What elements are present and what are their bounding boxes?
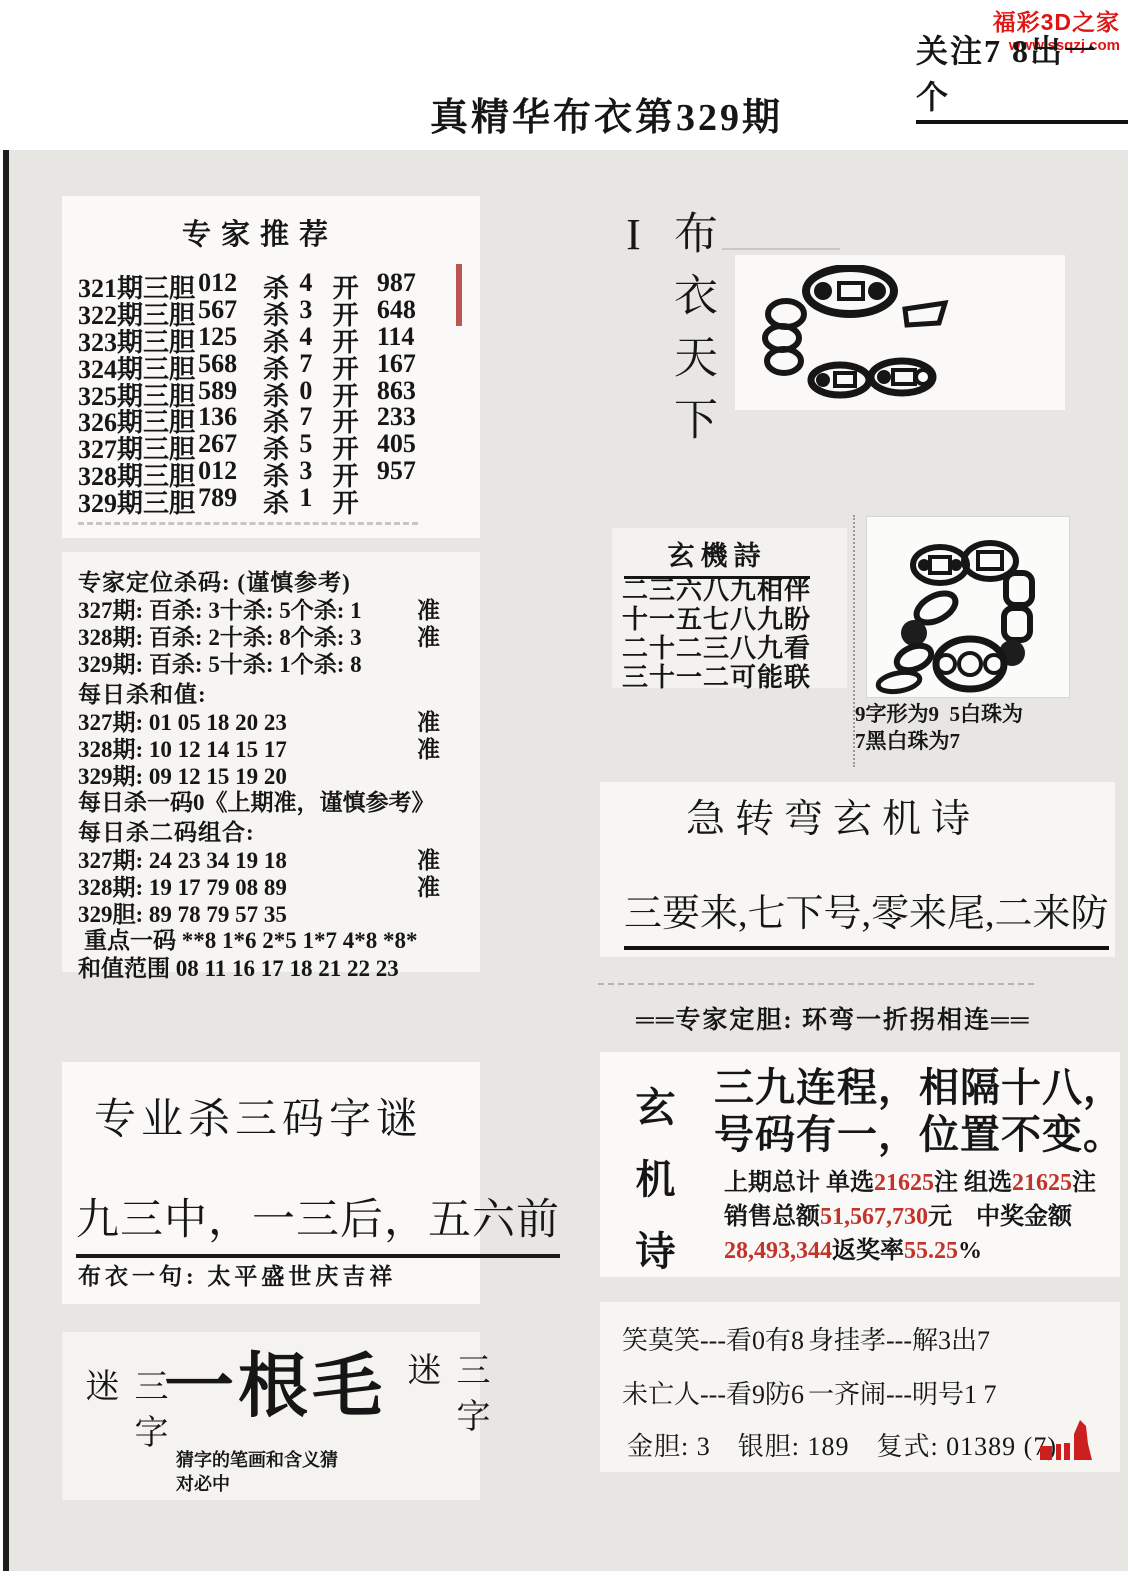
sha-label: 杀	[263, 429, 299, 456]
row-result: 957	[377, 456, 448, 483]
poem-line: 二三六八九相伴	[622, 576, 811, 605]
riddle3-line: 九三中，一三后，五六前	[76, 1186, 560, 1258]
poem-line: 三九连程，相隔十八，	[714, 1064, 1124, 1111]
row-result: 863	[377, 376, 448, 403]
expert-dingdan-note: ══专家定胆: 环弯一折拐相连══	[636, 1000, 1030, 1036]
kill-row: 329期: 百杀: 5十杀: 1个杀: 8	[78, 646, 440, 673]
kai-label: 开	[333, 429, 377, 456]
buyi-sentence: 布衣一句: 太平盛世庆吉祥	[78, 1258, 396, 1291]
row-result: 648	[377, 295, 448, 322]
row-dan: 789	[198, 483, 263, 510]
kill-row: 327期: 01 05 18 20 23准	[78, 704, 440, 731]
row-dan: 567	[198, 295, 263, 322]
stats-line2: 销售总额51,567,730元 中奖金额	[724, 1200, 1096, 1234]
row-period: 327期三胆	[78, 429, 198, 456]
gold-silver-dan-line: 金胆: 3 银胆: 189 复式: 01389 (7)	[627, 1426, 1057, 1463]
sha-label: 杀	[263, 456, 299, 483]
riddle-pair: 未亡人---看9防6	[622, 1374, 804, 1411]
bead-caption-line2: 7黑白珠为7	[855, 725, 960, 755]
kill-row: 328期: 10 12 14 15 17准	[78, 731, 440, 758]
sha-label: 杀	[263, 349, 299, 376]
row-period: 323期三胆	[78, 322, 198, 349]
faint-dashed-divider	[598, 983, 1034, 985]
table-row: 326期三胆136杀7开233	[78, 402, 448, 429]
stats-text: %	[958, 1238, 982, 1264]
bead-diagram-c	[755, 265, 965, 400]
poem-line: 号码有一，位置不变。	[714, 1111, 1124, 1158]
sha-label: 杀	[263, 483, 299, 510]
kai-label: 开	[333, 376, 377, 403]
row-kill: 7	[299, 349, 332, 376]
stats-text: 返奖率	[832, 1238, 904, 1264]
stats-number: 21625	[1012, 1170, 1072, 1196]
kill-row: 329期: 09 12 15 19 20	[78, 758, 440, 785]
row-kill: 1	[299, 483, 332, 510]
poem-line: 三十一二可能联	[622, 663, 811, 692]
row-result	[377, 483, 448, 510]
riddle-big-word: 一根毛	[164, 1330, 386, 1431]
red-stamp	[1038, 1416, 1100, 1478]
sha-label: 杀	[263, 268, 299, 295]
daily-sum-kill-rows: 327期: 01 05 18 20 23准 328期: 10 12 14 15 …	[78, 704, 440, 785]
brand-vertical-title: 布衣天下I	[608, 210, 723, 510]
kill-row-text: 329期: 百杀: 5十杀: 1个杀: 8	[78, 652, 362, 677]
row-kill: 7	[299, 402, 332, 429]
red-margin-mark	[456, 264, 462, 326]
sharp-turn-line: 三要来,七下号,零来尾,二来防	[624, 882, 1109, 950]
row-kill: 3	[299, 295, 332, 322]
kai-label: 开	[333, 402, 377, 429]
bead-diagram-nine	[866, 516, 1068, 696]
stats-text: 销售总额	[724, 1204, 820, 1230]
faint-cut-line	[78, 522, 418, 525]
row-period: 328期三胆	[78, 456, 198, 483]
row-dan: 012	[198, 456, 263, 483]
stats-line1: 上期总计 单选21625注 组选21625注	[724, 1166, 1096, 1200]
stats-number: 51,567,730	[820, 1204, 928, 1230]
stats-number: 55.25	[904, 1238, 958, 1264]
row-period: 326期三胆	[78, 402, 198, 429]
sharp-turn-title: 急转弯玄机诗	[686, 788, 980, 844]
table-row: 322期三胆567杀3开648	[78, 295, 448, 322]
sha-label: 杀	[263, 376, 299, 403]
page-title: 真精华布衣第329期	[430, 86, 783, 141]
stats-text: 上期总计 单选	[724, 1170, 874, 1196]
divider	[722, 248, 840, 250]
table-row: 327期三胆267杀5开405	[78, 429, 448, 456]
riddle-pair: 身挂孝---解3出7	[808, 1320, 990, 1357]
mystic2-vertical-title: 玄机诗	[624, 1086, 681, 1316]
riddle-note-line2: 对必中	[176, 1470, 230, 1496]
row-kill: 4	[299, 268, 332, 295]
table-row: 325期三胆589杀0开863	[78, 376, 448, 403]
row-result: 233	[377, 402, 448, 429]
row-kill: 5	[299, 429, 332, 456]
kill-row: 328期: 百杀: 2十杀: 8个杀: 3准	[78, 619, 440, 646]
focus-note: 关注7 8出一个	[916, 26, 1128, 124]
row-period: 324期三胆	[78, 349, 198, 376]
mystic-poem-title: 玄機詩	[624, 534, 810, 579]
recommend-table: 321期三胆012杀4开987 322期三胆567杀3开648 323期三胆12…	[78, 268, 448, 510]
row-kill: 4	[299, 322, 332, 349]
mystic2-poem: 三九连程，相隔十八， 号码有一，位置不变。	[714, 1064, 1124, 1158]
row-period: 325期三胆	[78, 376, 198, 403]
row-result: 987	[377, 268, 448, 295]
kai-label: 开	[333, 349, 377, 376]
row-kill: 0	[299, 376, 332, 403]
row-result: 405	[377, 429, 448, 456]
kai-label: 开	[333, 295, 377, 322]
stats-number: 28,493,344	[724, 1238, 832, 1264]
row-dan: 136	[198, 402, 263, 429]
riddle-pair: 笑莫笑---看0有8	[622, 1320, 804, 1357]
daily-two-combo-rows: 327期: 24 23 34 19 18准 328期: 19 17 79 08 …	[78, 842, 440, 923]
sha-label: 杀	[263, 295, 299, 322]
sales-stats: 上期总计 单选21625注 组选21625注 销售总额51,567,730元 中…	[724, 1166, 1096, 1268]
table-row: 323期三胆125杀4开114	[78, 322, 448, 349]
poem-line: 二十二三八九看	[622, 634, 811, 663]
stats-text: 注 组选	[934, 1170, 1012, 1196]
row-dan: 568	[198, 349, 263, 376]
sum-range-line: 和值范围 08 11 16 17 18 21 22 23	[78, 950, 399, 983]
stats-number: 21625	[874, 1170, 934, 1196]
kill-row: 329胆: 89 78 79 57 35	[78, 896, 440, 923]
table-row: 321期三胆012杀4开987	[78, 268, 448, 295]
row-dan: 012	[198, 268, 263, 295]
row-dan: 589	[198, 376, 263, 403]
mystic-poem-lines: 二三六八九相伴 十一五七八九盼 二十二三八九看 三十一二可能联	[622, 576, 811, 692]
table-row: 324期三胆568杀7开167	[78, 349, 448, 376]
bead-caption-line1: 9字形为9 5白珠为	[855, 698, 1023, 728]
three-char-label-left: 三字迷	[74, 1368, 172, 1498]
row-result: 114	[377, 322, 448, 349]
stats-text: 元 中奖金额	[928, 1204, 1072, 1230]
sha-label: 杀	[263, 322, 299, 349]
kill-row: 327期: 24 23 34 19 18准	[78, 842, 440, 869]
kai-label: 开	[333, 268, 377, 295]
position-kill-rows: 327期: 百杀: 3十杀: 5个杀: 1准 328期: 百杀: 2十杀: 8个…	[78, 592, 440, 673]
row-period: 329期三胆	[78, 483, 198, 510]
table-row: 329期三胆789杀1开	[78, 483, 448, 510]
kill-row: 328期: 19 17 79 08 89准	[78, 869, 440, 896]
stats-text: 注	[1072, 1170, 1096, 1196]
row-kill: 3	[299, 456, 332, 483]
stats-line3: 28,493,344返奖率55.25%	[724, 1234, 1096, 1268]
kill-row: 327期: 百杀: 3十杀: 5个杀: 1准	[78, 592, 440, 619]
kai-label: 开	[333, 483, 377, 510]
scan-edge-line	[3, 150, 9, 1571]
table-row: 328期三胆012杀3开957	[78, 456, 448, 483]
daily-kill-one-line: 每日杀一码0《上期准，谨慎参考》	[78, 784, 435, 817]
riddle-note-line1: 猜字的笔画和含义猜	[176, 1446, 338, 1472]
recommend-title: 专家推荐	[182, 212, 338, 253]
poem-line: 十一五七八九盼	[622, 605, 811, 634]
kai-label: 开	[333, 322, 377, 349]
row-dan: 125	[198, 322, 263, 349]
kai-label: 开	[333, 456, 377, 483]
riddle3-title: 专业杀三码字谜	[94, 1086, 423, 1146]
row-period: 322期三胆	[78, 295, 198, 322]
row-dan: 267	[198, 429, 263, 456]
sha-label: 杀	[263, 402, 299, 429]
row-period: 321期三胆	[78, 268, 198, 295]
riddle-pair: 一齐闹---明号1 7	[808, 1374, 996, 1411]
row-result: 167	[377, 349, 448, 376]
three-char-label-right: 三字迷	[396, 1352, 494, 1482]
